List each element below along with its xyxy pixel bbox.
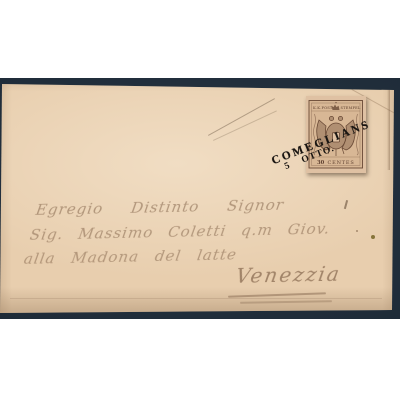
address-destination: Venezzia — [234, 262, 343, 288]
bottom-fold-line — [10, 298, 382, 299]
pen-tick-mark — [344, 200, 348, 209]
ink-speck-small — [356, 230, 358, 232]
stamp-inscription-right: STEMPEL — [341, 106, 361, 110]
postmark-day: 5 — [283, 161, 292, 172]
address-line-1: Egregio Distinto Signor — [35, 196, 286, 219]
address-line-2: Sig. Massimo Coletti q.m Giov. — [29, 220, 332, 244]
ink-speck-olive — [371, 235, 375, 239]
underline-flourish-2 — [240, 300, 332, 304]
cover-photo-backdrop: K.K.POST STEMPEL — [0, 78, 400, 319]
address-line-3: alla Madona del latte — [23, 246, 239, 268]
pencil-mark-1 — [208, 98, 275, 136]
stamp-inscription-left: K.K.POST — [313, 106, 333, 110]
envelope: K.K.POST STEMPEL — [0, 82, 394, 315]
underline-flourish-1 — [228, 292, 326, 297]
